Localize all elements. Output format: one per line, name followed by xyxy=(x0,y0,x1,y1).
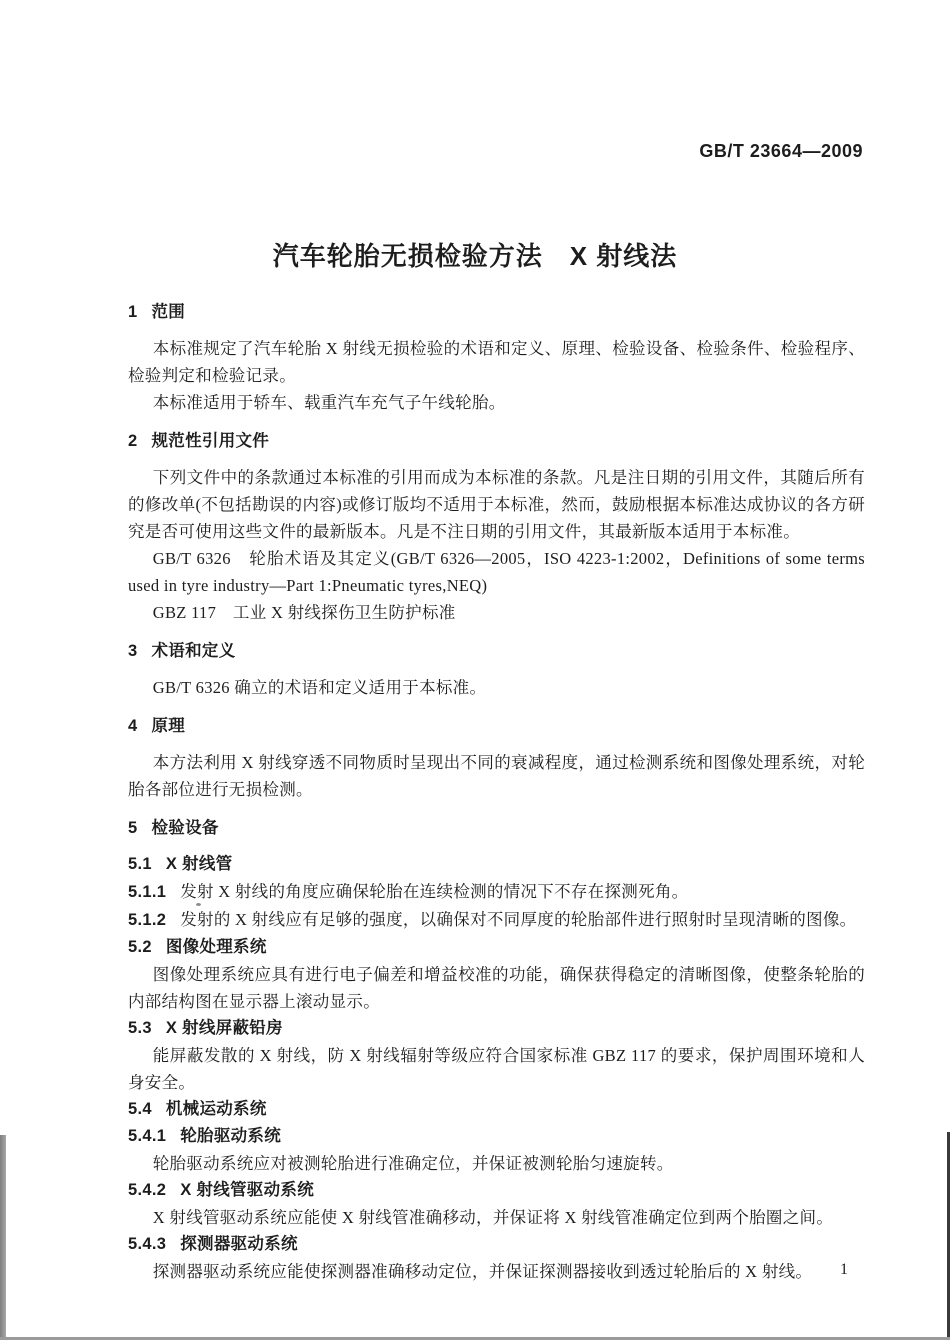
document-body: 1范围本标准规定了汽车轮胎 X 射线无损检验的术语和定义、原理、检验设备、检验条… xyxy=(128,297,865,1285)
sub-heading: 5.4.1轮胎驱动系统 xyxy=(128,1123,865,1150)
section-heading: 5检验设备 xyxy=(128,815,865,842)
clause-number: 5.1.1 xyxy=(128,883,166,901)
paragraph: 能屏蔽发散的 X 射线，防 X 射线辐射等级应符合国家标准 GBZ 117 的要… xyxy=(128,1042,865,1096)
paragraph: GB/T 6326 确立的术语和定义适用于本标准。 xyxy=(128,674,865,701)
clause-number: 1 xyxy=(128,303,137,321)
sub-heading: 5.4.3探测器驱动系统 xyxy=(128,1231,865,1258)
clause-number: 5.4.2 xyxy=(128,1181,166,1199)
clause-number: 5.4.3 xyxy=(128,1235,166,1253)
paragraph: 本标准规定了汽车轮胎 X 射线无损检验的术语和定义、原理、检验设备、检验条件、检… xyxy=(128,335,865,389)
paragraph: 本方法利用 X 射线穿透不同物质时呈现出不同的衰减程度，通过检测系统和图像处理系… xyxy=(128,749,865,803)
document-title: 汽车轮胎无损检验方法 X 射线法 xyxy=(0,236,950,273)
scan-speck-artifact xyxy=(196,903,201,906)
clause-number: 5.1.2 xyxy=(128,911,166,929)
paragraph: 下列文件中的条款通过本标准的引用而成为本标准的条款。凡是注日期的引用文件，其随后… xyxy=(128,464,865,545)
scanned-document-page: GB/T 23664—2009 汽车轮胎无损检验方法 X 射线法 1范围本标准规… xyxy=(0,0,950,1340)
clause-number: 5.2 xyxy=(128,938,152,956)
clause-text: 发射的 X 射线应有足够的强度，以确保对不同厚度的轮胎部件进行照射时呈现清晰的图… xyxy=(180,910,856,929)
clause-number: 3 xyxy=(128,642,137,660)
clause-number: 5 xyxy=(128,819,137,837)
sub-heading: 5.4机械运动系统 xyxy=(128,1096,865,1123)
clause-text: 探测器驱动系统 xyxy=(180,1235,298,1253)
clause-text: 术语和定义 xyxy=(152,642,236,660)
paragraph: X 射线管驱动系统应能使 X 射线管准确移动，并保证将 X 射线管准确定位到两个… xyxy=(128,1204,865,1231)
clause-number: 4 xyxy=(128,717,137,735)
sub-heading: 5.3X 射线屏蔽铅房 xyxy=(128,1015,865,1042)
paragraph: 本标准适用于轿车、载重汽车充气子午线轮胎。 xyxy=(128,389,865,416)
clause-text: 机械运动系统 xyxy=(166,1100,267,1118)
section-heading: 2规范性引用文件 xyxy=(128,428,865,455)
clause-number: 5.3 xyxy=(128,1019,152,1037)
clause-text: 轮胎驱动系统 xyxy=(180,1127,281,1145)
section-heading: 1范围 xyxy=(128,299,865,326)
clause-number: 5.1 xyxy=(128,855,152,873)
section-heading: 3术语和定义 xyxy=(128,638,865,665)
clause-text: 规范性引用文件 xyxy=(152,432,270,450)
sub-heading: 5.1X 射线管 xyxy=(128,851,865,878)
standard-number: GB/T 23664—2009 xyxy=(699,141,863,162)
sub-heading: 5.2图像处理系统 xyxy=(128,934,865,961)
clause-text: 检验设备 xyxy=(152,819,219,837)
scan-edge-left-artifact xyxy=(0,1135,6,1340)
clause-text: X 射线管 xyxy=(166,855,233,873)
paragraph: GB/T 6326 轮胎术语及其定义(GB/T 6326—2005，ISO 42… xyxy=(128,545,865,599)
paragraph: 轮胎驱动系统应对被测轮胎进行准确定位，并保证被测轮胎匀速旋转。 xyxy=(128,1150,865,1177)
clause-text: X 射线屏蔽铅房 xyxy=(166,1019,283,1037)
clause-text: 范围 xyxy=(152,303,186,321)
sub-heading: 5.4.2X 射线管驱动系统 xyxy=(128,1177,865,1204)
paragraph: 探测器驱动系统应能使探测器准确移动定位，并保证探测器接收到透过轮胎后的 X 射线… xyxy=(128,1258,865,1285)
paragraph: GBZ 117 工业 X 射线探伤卫生防护标准 xyxy=(128,599,865,626)
clause-text: X 射线管驱动系统 xyxy=(180,1181,314,1199)
clause: 5.1.1发射 X 射线的角度应确保轮胎在连续检测的情况下不存在探测死角。 xyxy=(128,878,865,906)
page-number: 1 xyxy=(840,1261,848,1279)
section-heading: 4原理 xyxy=(128,713,865,740)
clause-text: 原理 xyxy=(152,717,186,735)
clause-text: 图像处理系统 xyxy=(166,938,267,956)
clause: 5.1.2发射的 X 射线应有足够的强度，以确保对不同厚度的轮胎部件进行照射时呈… xyxy=(128,906,865,934)
paragraph: 图像处理系统应具有进行电子偏差和增益校准的功能，确保获得稳定的清晰图像，使整条轮… xyxy=(128,961,865,1015)
clause-number: 2 xyxy=(128,432,137,450)
clause-text: 发射 X 射线的角度应确保轮胎在连续检测的情况下不存在探测死角。 xyxy=(180,882,688,901)
clause-number: 5.4.1 xyxy=(128,1127,166,1145)
clause-number: 5.4 xyxy=(128,1100,152,1118)
